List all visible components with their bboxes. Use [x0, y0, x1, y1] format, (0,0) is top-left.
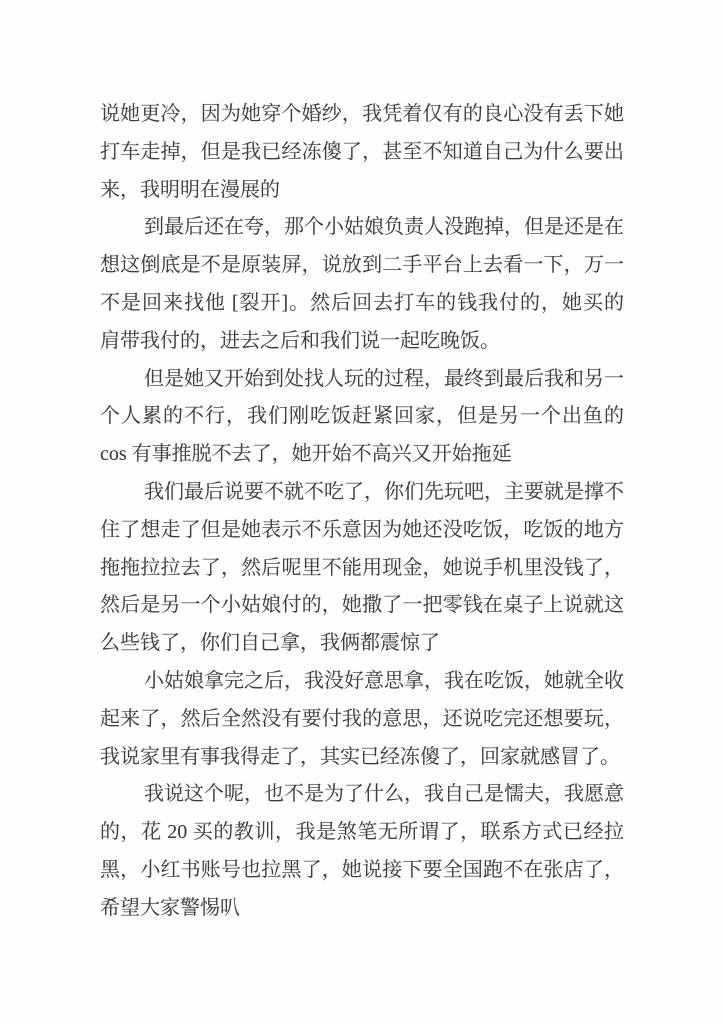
text-line: 我说这个呢，也不是为了什么，我自己是懦夫，我愿意	[100, 776, 624, 814]
text-line: 小姑娘拿完之后，我没好意思拿，我在吃饭，她就全收	[100, 663, 624, 701]
text-line: 打车走掉，但是我已经冻傻了，甚至不知道自己为什么要出	[100, 134, 624, 172]
paragraph: 到最后还在夸，那个小姑娘负责人没跑掉，但是还是在想这倒底是不是原装屏，说放到二手…	[100, 209, 624, 360]
text-line: 到最后还在夸，那个小姑娘负责人没跑掉，但是还是在	[100, 209, 624, 247]
text-line: 住了想走了但是她表示不乐意因为她还没吃饭，吃饭的地方	[100, 512, 624, 550]
text-line: 不是回来找他 [裂开]。然后回去打车的钱我付的，她买的	[100, 285, 624, 323]
text-line: 说她更冷，因为她穿个婚纱，我凭着仅有的良心没有丢下她	[100, 96, 624, 134]
text-line: 拖拖拉拉去了，然后呢里不能用现金，她说手机里没钱了，	[100, 550, 624, 588]
text-line: 想这倒底是不是原装屏，说放到二手平台上去看一下，万一	[100, 247, 624, 285]
text-line: 起来了，然后全然没有要付我的意思，还说吃完还想要玩，	[100, 701, 624, 739]
document-page: 说她更冷，因为她穿个婚纱，我凭着仅有的良心没有丢下她打车走掉，但是我已经冻傻了，…	[0, 0, 724, 1024]
text-line: 的，花 20 买的教训，我是煞笔无所谓了，联系方式已经拉	[100, 814, 624, 852]
paragraph: 说她更冷，因为她穿个婚纱，我凭着仅有的良心没有丢下她打车走掉，但是我已经冻傻了，…	[100, 96, 624, 209]
text-line: 但是她又开始到处找人玩的过程，最终到最后我和另一	[100, 361, 624, 399]
document-text: 说她更冷，因为她穿个婚纱，我凭着仅有的良心没有丢下她打车走掉，但是我已经冻傻了，…	[100, 96, 624, 928]
paragraph: 但是她又开始到处找人玩的过程，最终到最后我和另一个人累的不行，我们刚吃饭赶紧回家…	[100, 361, 624, 474]
text-line: cos 有事推脱不去了，她开始不高兴又开始拖延	[100, 436, 624, 474]
text-line: 我们最后说要不就不吃了，你们先玩吧，主要就是撑不	[100, 474, 624, 512]
paragraph: 我说这个呢，也不是为了什么，我自己是懦夫，我愿意的，花 20 买的教训，我是煞笔…	[100, 776, 624, 927]
text-line: 肩带我付的，进去之后和我们说一起吃晚饭。	[100, 323, 624, 361]
text-line: 黑，小红书账号也拉黑了，她说接下要全国跑不在张店了，	[100, 852, 624, 890]
text-line: 我说家里有事我得走了，其实已经冻傻了，回家就感冒了。	[100, 739, 624, 777]
text-line: 么些钱了，你们自己拿，我俩都震惊了	[100, 625, 624, 663]
paragraph: 小姑娘拿完之后，我没好意思拿，我在吃饭，她就全收起来了，然后全然没有要付我的意思…	[100, 663, 624, 776]
paragraph: 我们最后说要不就不吃了，你们先玩吧，主要就是撑不住了想走了但是她表示不乐意因为她…	[100, 474, 624, 663]
text-line: 希望大家警惕叭	[100, 890, 624, 928]
text-line: 然后是另一个小姑娘付的，她撒了一把零钱在桌子上说就这	[100, 587, 624, 625]
text-line: 个人累的不行，我们刚吃饭赶紧回家，但是另一个出鱼的	[100, 398, 624, 436]
text-line: 来，我明明在漫展的	[100, 172, 624, 210]
